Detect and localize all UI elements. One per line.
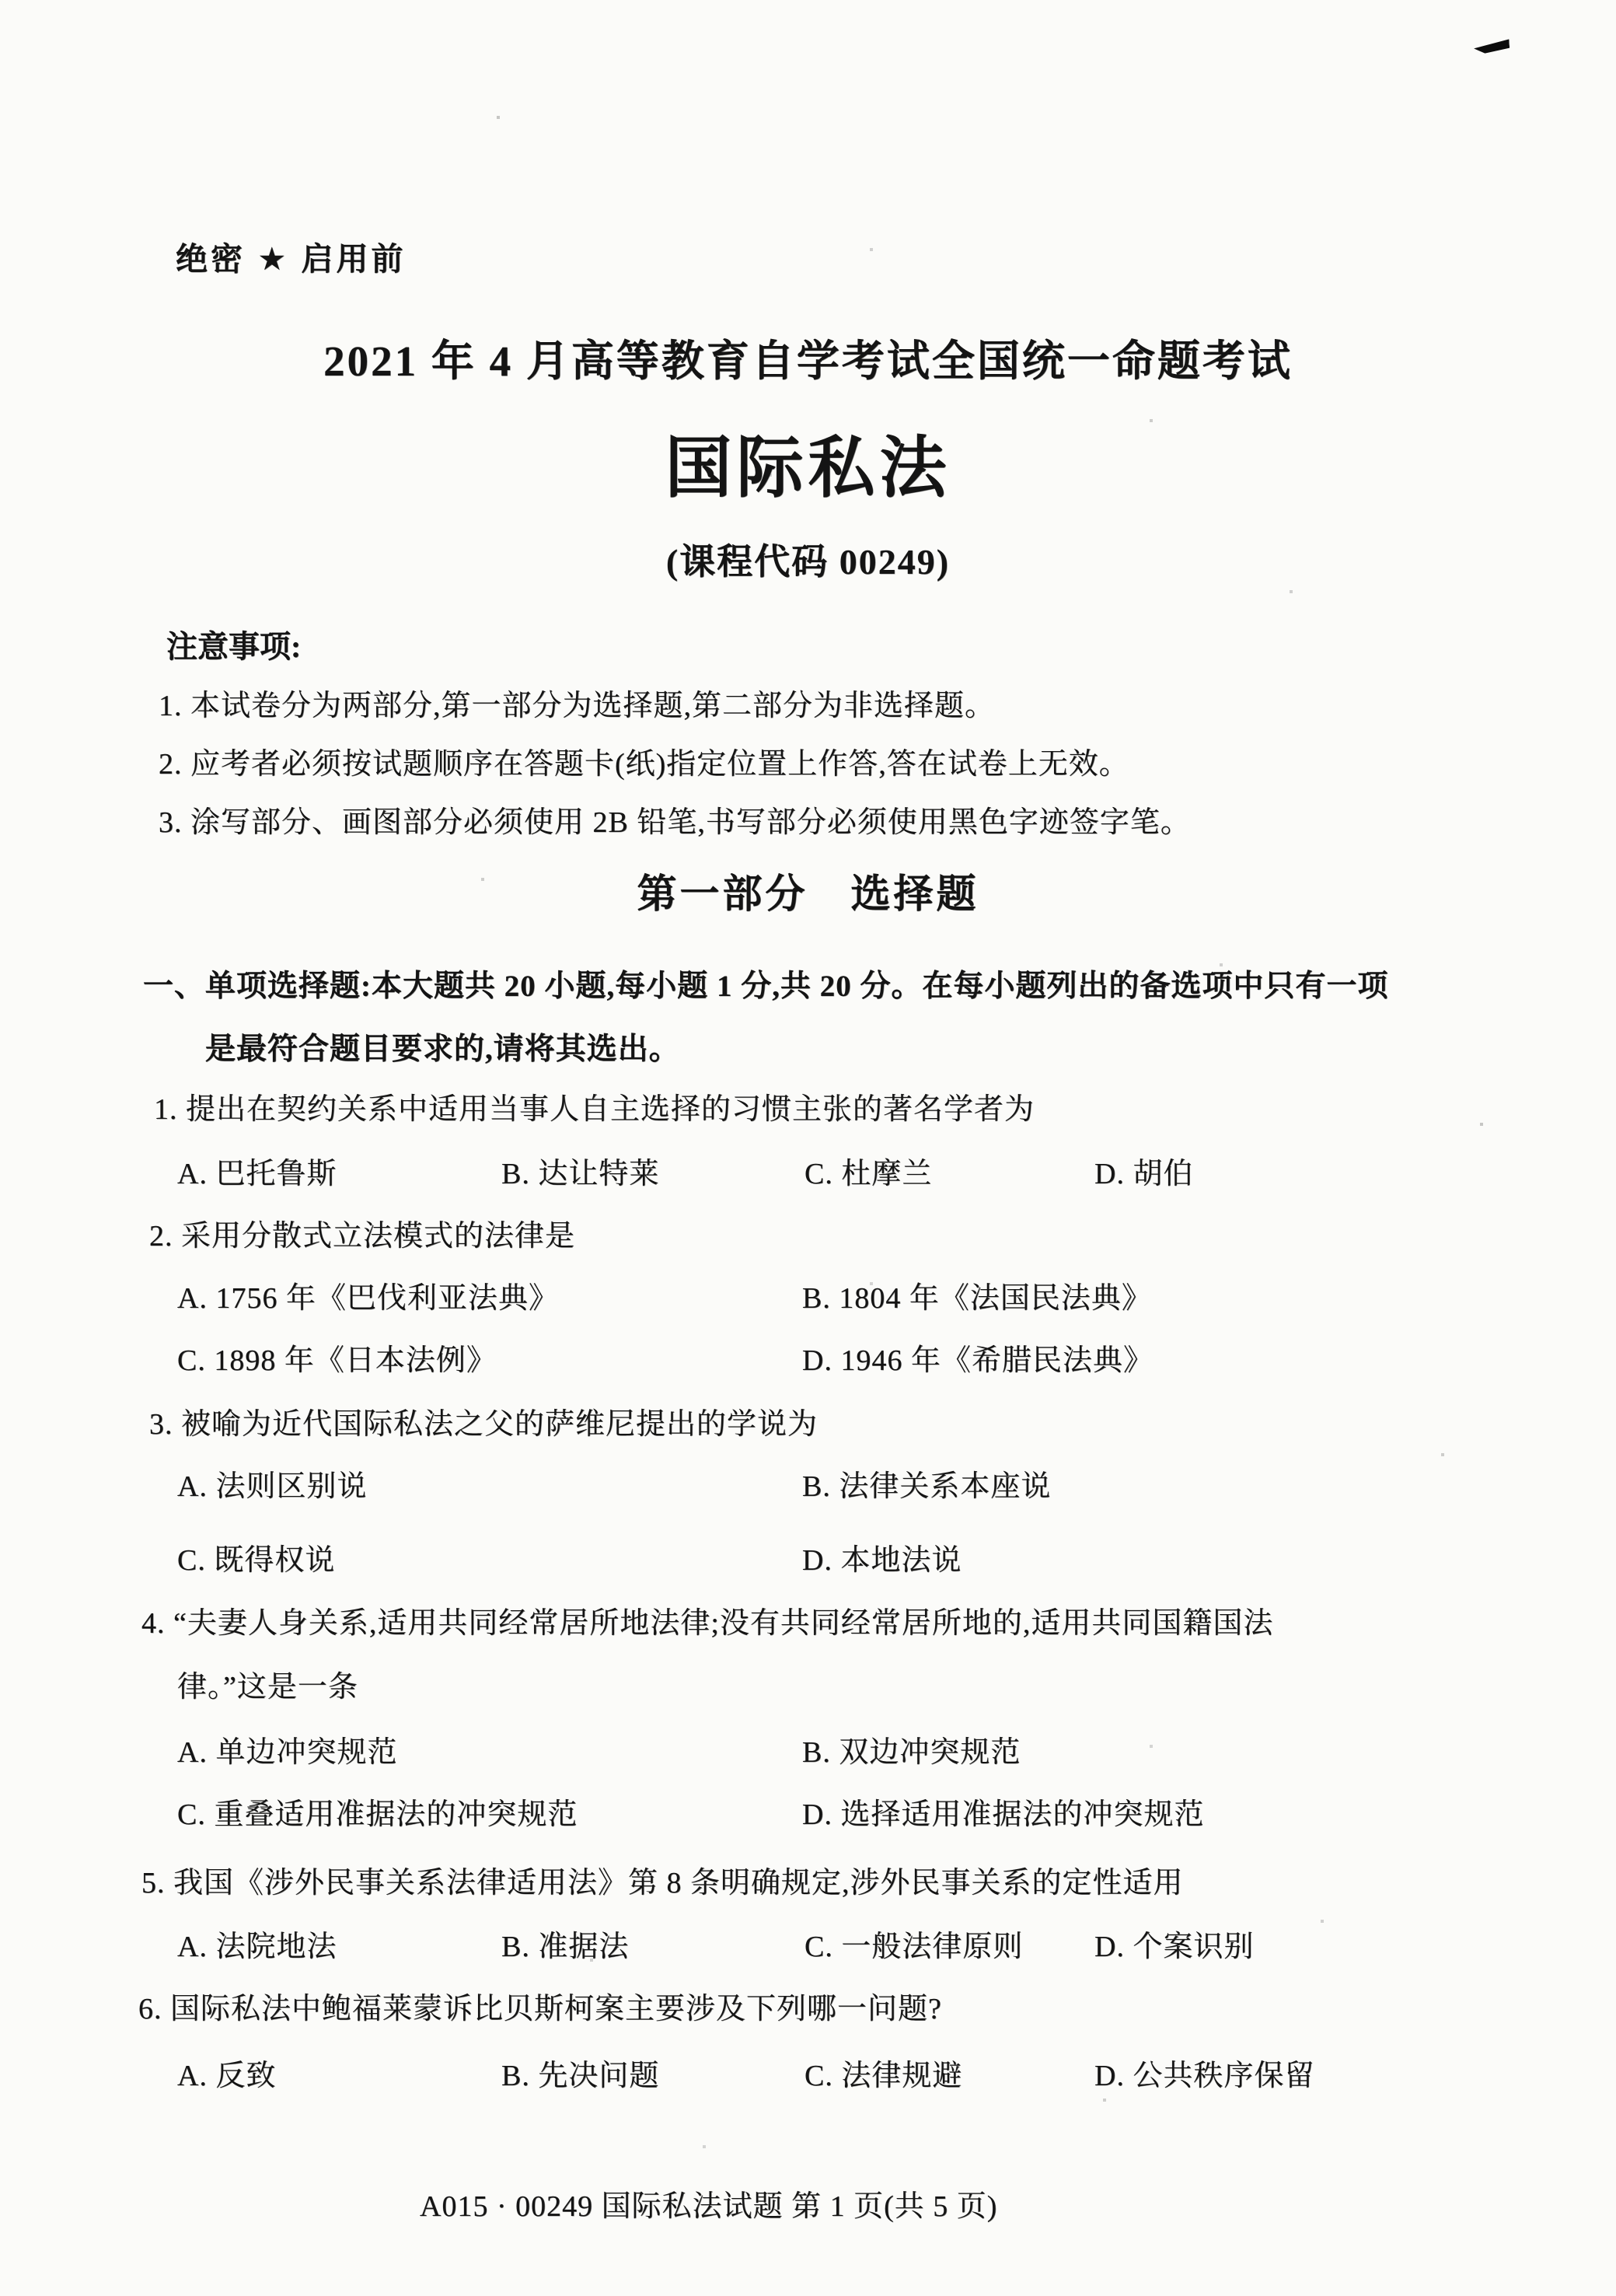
question-2-option-c: C. 1898 年《日本法例》	[177, 1336, 497, 1379]
question-4-option-b: B. 双边冲突规范	[802, 1728, 1021, 1770]
secrecy-label: 绝密 ★ 启用前	[176, 233, 407, 279]
subject-title: 国际私法	[0, 414, 1616, 510]
exam-session-title: 2021 年 4 月高等教育自学考试全国统一命题考试	[0, 327, 1616, 388]
note-item-1: 1. 本试卷分为两部分,第一部分为选择题,第二部分为非选择题。	[159, 681, 995, 724]
question-5-option-c: C. 一般法律原则	[805, 1922, 1023, 1965]
question-3-option-c: C. 既得权说	[177, 1536, 335, 1578]
question-1-option-c: C. 杜摩兰	[805, 1149, 932, 1192]
question-1-option-b: B. 达让特莱	[501, 1149, 659, 1192]
question-3-option-d: D. 本地法说	[802, 1536, 962, 1578]
question-2-option-d: D. 1946 年《希腊民法典》	[802, 1336, 1154, 1379]
note-item-3: 3. 涂写部分、画图部分必须使用 2B 铅笔,书写部分必须使用黑色字迹签字笔。	[159, 798, 1191, 840]
question-2-option-a: A. 1756 年《巴伐利亚法典》	[177, 1274, 559, 1316]
question-3-stem: 3. 被喻为近代国际私法之父的萨维尼提出的学说为	[149, 1400, 818, 1442]
question-2-stem: 2. 采用分散式立法模式的法律是	[149, 1211, 575, 1254]
scan-noise	[0, 0, 2, 2]
question-3-option-a: A. 法则区别说	[177, 1462, 367, 1504]
exam-paper-page: 绝密 ★ 启用前 2021 年 4 月高等教育自学考试全国统一命题考试 国际私法…	[0, 0, 1616, 2296]
question-6-option-a: A. 反致	[177, 2051, 276, 2094]
question-4-option-c: C. 重叠适用准据法的冲突规范	[177, 1790, 578, 1833]
course-code: (课程代码 00249)	[0, 533, 1616, 585]
question-1-option-d: D. 胡伯	[1094, 1149, 1193, 1192]
question-2-option-b: B. 1804 年《法国民法典》	[802, 1274, 1152, 1316]
question-6-option-c: C. 法律规避	[805, 2051, 962, 2094]
question-1-stem: 1. 提出在契约关系中适用当事人自主选择的习惯主张的著名学者为	[154, 1085, 1035, 1127]
question-4-stem-line2: 律。”这是一条	[177, 1662, 358, 1705]
note-item-2: 2. 应考者必须按试题顺序在答题卡(纸)指定位置上作答,答在试卷上无效。	[159, 739, 1129, 782]
question-4-option-d: D. 选择适用准据法的冲突规范	[802, 1790, 1204, 1833]
question-1-option-a: A. 巴托鲁斯	[177, 1149, 337, 1192]
question-5-option-d: D. 个案识别	[1094, 1922, 1254, 1965]
section-instruction-line1: 一、单项选择题:本大题共 20 小题,每小题 1 分,共 20 分。在每小题列出…	[143, 962, 1389, 1005]
section-instruction-line2: 是最符合题目要求的,请将其选出。	[205, 1025, 680, 1068]
question-5-option-b: B. 准据法	[501, 1922, 629, 1965]
question-3-option-b: B. 法律关系本座说	[802, 1462, 1051, 1504]
question-5-option-a: A. 法院地法	[177, 1922, 337, 1965]
question-6-option-d: D. 公共秩序保留	[1094, 2051, 1314, 2094]
part-one-heading: 第一部分 选择题	[0, 861, 1616, 919]
page-footer: A015 · 00249 国际私法试题 第 1 页(共 5 页)	[420, 2182, 997, 2224]
question-4-option-a: A. 单边冲突规范	[177, 1728, 397, 1770]
question-4-stem-line1: 4. “夫妻人身关系,适用共同经常居所地法律;没有共同经常居所地的,适用共同国籍…	[141, 1599, 1273, 1641]
question-6-option-b: B. 先决问题	[501, 2051, 659, 2094]
question-6-stem: 6. 国际私法中鲍福莱蒙诉比贝斯柯案主要涉及下列哪一问题?	[138, 1984, 942, 2027]
scan-artifact	[1473, 39, 1510, 54]
notes-heading: 注意事项:	[166, 622, 301, 666]
question-5-stem: 5. 我国《涉外民事关系法律适用法》第 8 条明确规定,涉外民事关系的定性适用	[141, 1858, 1184, 1901]
